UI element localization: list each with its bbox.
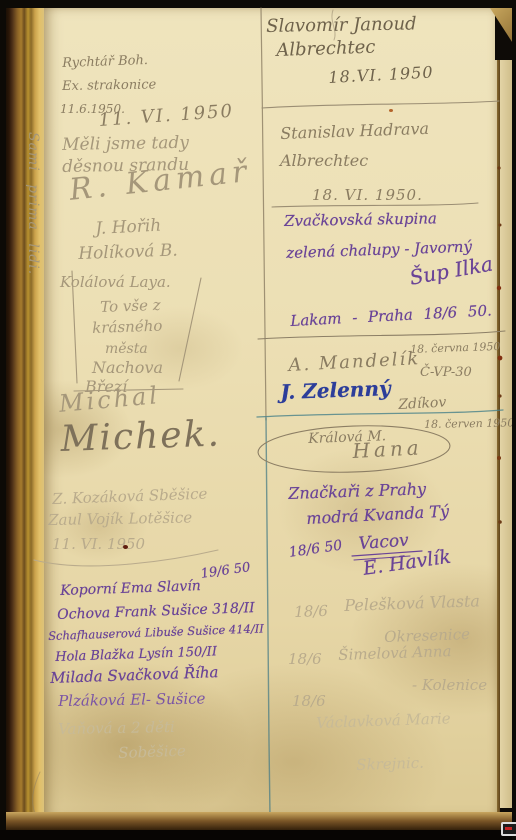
wormhole-spot xyxy=(498,356,503,361)
trapezoid-frame-left xyxy=(72,271,77,383)
scan-border-right xyxy=(512,0,516,840)
flourish-underline xyxy=(34,550,218,566)
underline-vacov xyxy=(352,551,422,556)
watermark-red-bar xyxy=(505,827,512,830)
wormhole-spot xyxy=(498,520,502,524)
column-divider-line xyxy=(261,8,266,420)
wormhole-spot xyxy=(497,286,501,290)
underline-brezi xyxy=(74,389,183,391)
ink-blot xyxy=(123,545,128,549)
page-bottom-edge xyxy=(6,812,512,832)
scanned-guestbook-page: Sami prima lidi. Rychtář Boh. Ex. strako… xyxy=(0,0,516,840)
wormhole-spot xyxy=(498,394,501,397)
stray-pencil-mark xyxy=(332,10,335,40)
underline-vacov-2 xyxy=(354,556,410,560)
ellipse-around-name xyxy=(257,423,450,476)
paper-stain-spot xyxy=(389,109,393,112)
column-divider-line-lower xyxy=(266,418,270,816)
wormhole-spot xyxy=(499,224,502,227)
separator-line xyxy=(262,101,499,108)
separator-line-blue xyxy=(257,410,503,417)
wormhole-spot xyxy=(497,166,500,169)
separator-line xyxy=(272,203,478,207)
wormhole-spot xyxy=(497,456,501,460)
watermark-icon xyxy=(501,822,516,836)
scan-border xyxy=(0,830,516,840)
trapezoid-frame-right xyxy=(179,278,201,381)
separator-line xyxy=(258,331,505,339)
annotations-overlay xyxy=(0,0,516,840)
